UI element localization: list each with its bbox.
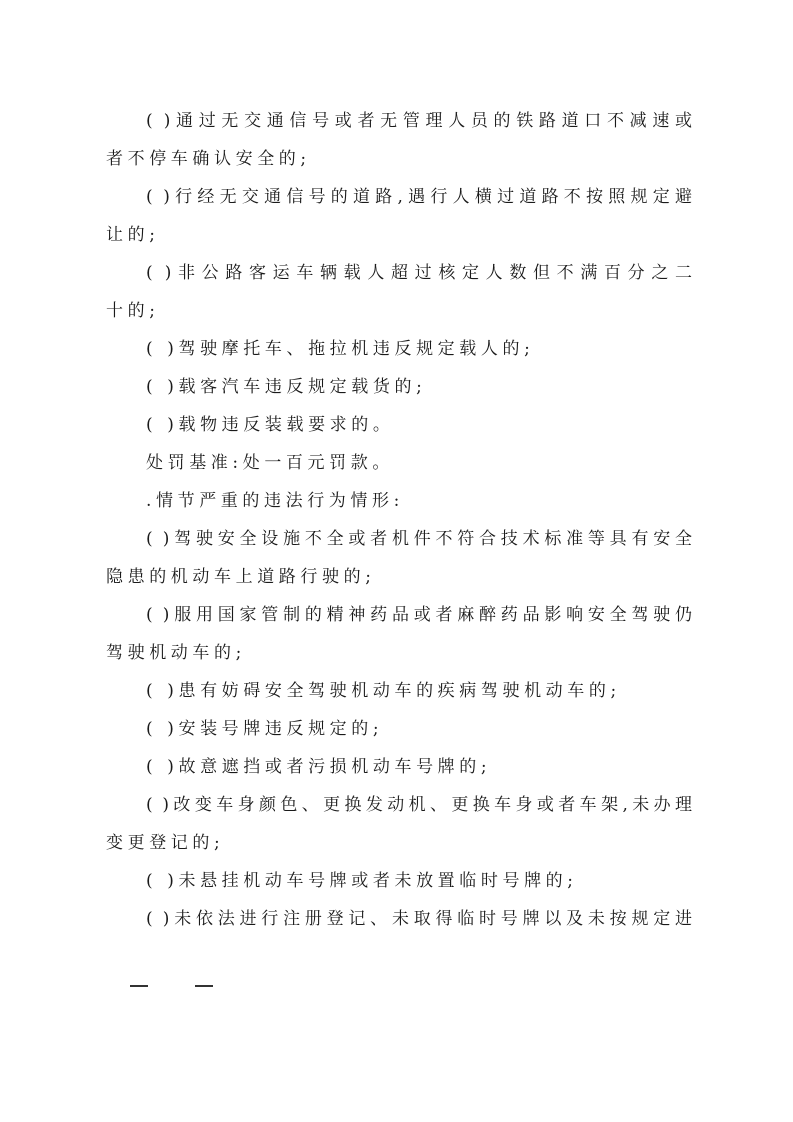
- text-line: 隐患的机动车上道路行驶的;: [106, 558, 692, 596]
- text-line: ( )非公路客运车辆载人超过核定人数但不满百分之二: [146, 254, 692, 292]
- page-marker-left-dash: [130, 985, 148, 987]
- text-line: 驾驶机动车的;: [106, 634, 692, 672]
- text-line: ( )驾驶安全设施不全或者机件不符合技术标准等具有安全: [146, 520, 692, 558]
- page-marker-right-dash: [195, 985, 213, 987]
- text-line: ( )安装号牌违反规定的;: [146, 710, 692, 748]
- text-line: ( )载物违反装载要求的。: [146, 406, 692, 444]
- text-line: 十的;: [106, 292, 692, 330]
- text-line: ( )未悬挂机动车号牌或者未放置临时号牌的;: [146, 862, 692, 900]
- text-line: ( )服用国家管制的精神药品或者麻醉药品影响安全驾驶仍: [146, 596, 692, 634]
- text-line: ( )通过无交通信号或者无管理人员的铁路道口不减速或: [146, 102, 692, 140]
- text-line: ( )改变车身颜色、更换发动机、更换车身或者车架,未办理: [146, 786, 692, 824]
- text-line: 让的;: [106, 216, 692, 254]
- text-line: ( )未依法进行注册登记、未取得临时号牌以及未按规定进: [146, 900, 692, 938]
- text-line: ( )行经无交通信号的道路,遇行人横过道路不按照规定避: [146, 178, 692, 216]
- text-line: ( )故意遮挡或者污损机动车号牌的;: [146, 748, 692, 786]
- text-line: 变更登记的;: [106, 824, 692, 862]
- text-line: ( )载客汽车违反规定载货的;: [146, 368, 692, 406]
- text-line: 者不停车确认安全的;: [106, 140, 692, 178]
- section-heading: .情节严重的违法行为情形:: [146, 482, 692, 520]
- text-line: ( )患有妨碍安全驾驶机动车的疾病驾驶机动车的;: [146, 672, 692, 710]
- penalty-standard: 处罚基准:处一百元罚款。: [146, 444, 692, 482]
- text-line: ( )驾驶摩托车、拖拉机违反规定载人的;: [146, 330, 692, 368]
